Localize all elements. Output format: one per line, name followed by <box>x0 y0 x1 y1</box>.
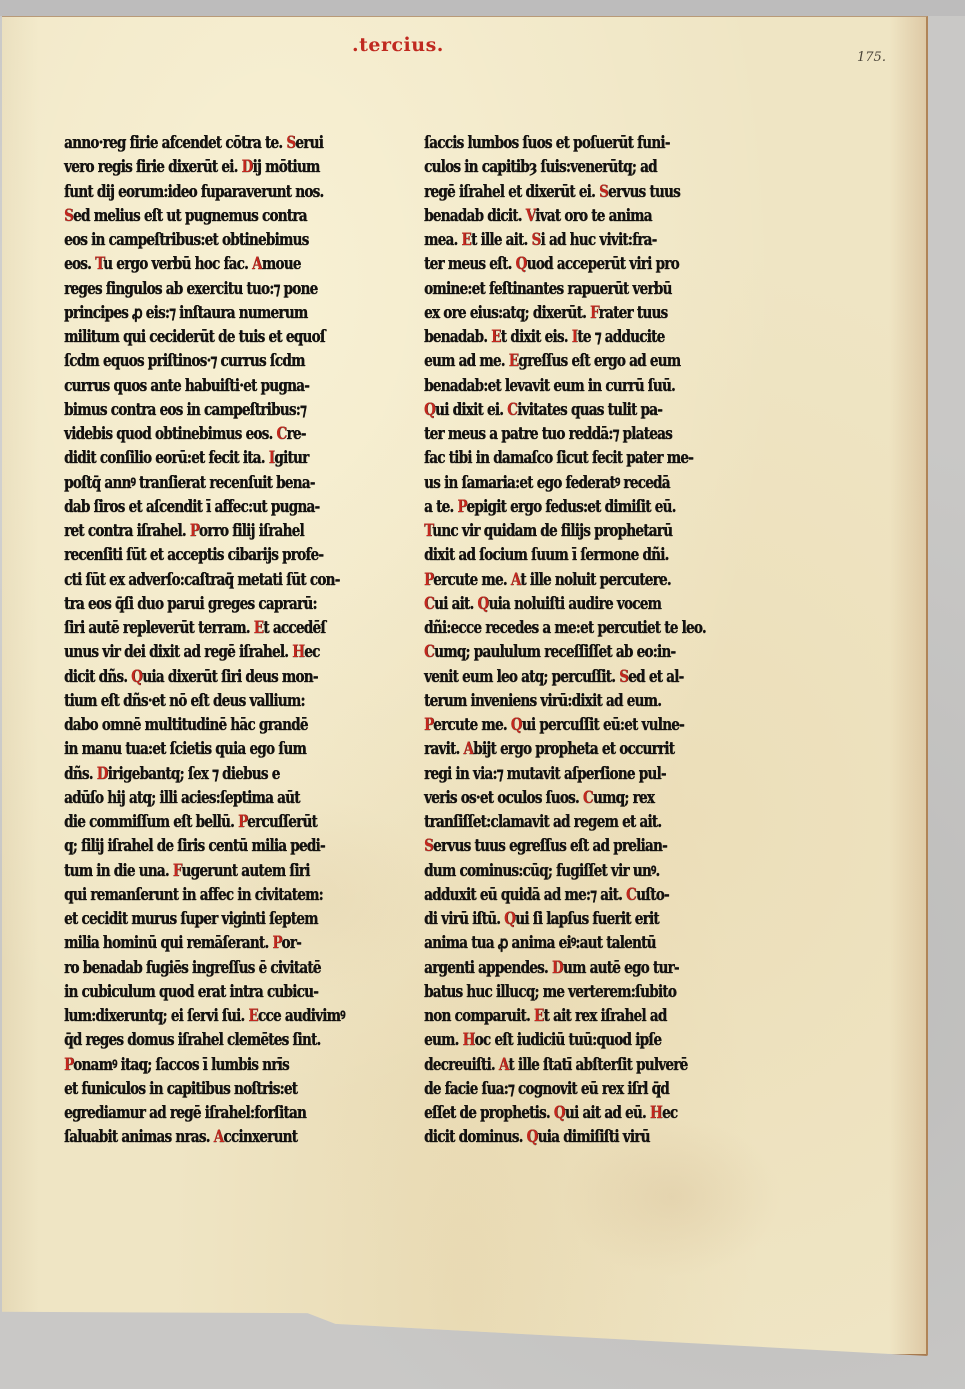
text-line: de facie ſua:⁊ cognovit eū rex iſrl q̄d <box>424 1077 670 1101</box>
line-text: t ille noluit percutere. <box>520 570 671 589</box>
text-line: poſtq̄ annꝰ tranſierat recenſuit bena- <box>64 471 310 495</box>
line-text: regē iſrahel et dixerūt ei. <box>424 182 599 201</box>
text-column-left: anno·reg firie afcendet cōtra te. Seruiv… <box>64 131 364 1150</box>
line-text: greſſus eſt ergo ad eum <box>518 351 680 370</box>
text-line: unus vir dei dixit ad regē iſrahel. Hec <box>64 640 310 664</box>
rubricated-initial: C <box>424 594 434 613</box>
line-text: et cecidit murus ſuper viginti ſeptem <box>64 909 318 928</box>
line-text: ravit. <box>424 739 463 758</box>
text-line: lum:dixeruntq; ei ſervi ſui. Ecce audivi… <box>64 1004 310 1028</box>
line-text: eſſet de prophetis. <box>424 1103 554 1122</box>
line-text: recenſiti ſūt et acceptis cibarijs profe… <box>64 545 323 564</box>
line-text: re- <box>286 424 305 443</box>
text-line: tra eos q̄ſi duo parui greges caprarū: <box>64 592 310 616</box>
line-text: erui <box>295 133 323 152</box>
text-line: terum inveniens virū:dixit ad eum. <box>424 689 670 713</box>
line-text: i ad huc vivit:fra- <box>540 230 656 249</box>
line-text: uod acceperūt viri pro <box>527 254 679 273</box>
rubricated-initial: P <box>272 933 281 952</box>
line-text: epigit ergo fedus:et dimiſit eū. <box>466 497 675 516</box>
line-text: de facie ſua:⁊ cognovit eū rex iſrl q̄d <box>424 1079 669 1098</box>
text-line: dñi:ecce recedes a me:et percutiet te le… <box>424 616 670 640</box>
text-line: us in ſamaria:et ego federatꝰ recedā <box>424 471 670 495</box>
rubricated-initial: E <box>461 230 471 249</box>
rubricated-initial: Q <box>527 1127 538 1146</box>
line-text: tranſiſſet:clamavit ad regem et ait. <box>424 812 661 831</box>
line-text: onamꝰ itaq; ſaccos ī lumbis nrīs <box>73 1055 289 1074</box>
text-line: adūſo hij atq; illi acies:ſeptima aūt <box>64 786 310 810</box>
text-line: Sed melius eſt ut pugnemus contra <box>64 204 310 228</box>
rubricated-initial: H <box>292 642 304 661</box>
line-text: ugerunt autem ſiri <box>181 861 309 880</box>
rubricated-initial: P <box>424 715 433 734</box>
text-line: veris os·et oculos ſuos. Cumq; rex <box>424 786 670 810</box>
text-line: ter meus a patre tuo reddā:⁊ plateas <box>424 422 670 446</box>
line-text: decreuiſti. <box>424 1055 499 1074</box>
text-line: Ponamꝰ itaq; ſaccos ī lumbis nrīs <box>64 1053 310 1077</box>
rubricated-initial: P <box>190 521 199 540</box>
line-text: egrediamur ad regē iſrahel:forſitan <box>64 1103 306 1122</box>
text-line: dicit dominus. Quia dimiſiſti virū <box>424 1125 670 1149</box>
line-text: u ergo verbū hoc fac. <box>103 254 252 273</box>
text-line: bimus contra eos in campeſtribus:⁊ <box>64 398 310 422</box>
text-line: die commiſſum eſt bellū. Percuſſerūt <box>64 810 310 834</box>
text-line: vero regis firie dixerūt ei. Dij mōtium <box>64 155 310 179</box>
rubricated-initial: Q <box>504 909 515 928</box>
line-text: q̄d reges domus iſrahel clemētes ſint. <box>64 1030 320 1049</box>
text-line: dñs. Dirigebantq; ſex ⁊ diebus e <box>64 762 310 786</box>
line-text: umq; paululum receſſiſſet ab eo:in- <box>434 642 675 661</box>
text-line: eos. Tu ergo verbū hoc fac. Amoue <box>64 252 310 276</box>
text-line: principes ꝓ eis:⁊ inſtaura numerum <box>64 301 310 325</box>
line-text: terum inveniens virū:dixit ad eum. <box>424 691 661 710</box>
line-text: cce audivimꝰ <box>258 1006 345 1025</box>
line-text: umq; rex <box>593 788 654 807</box>
line-text: non comparuit. <box>424 1006 534 1025</box>
rubricated-initial: T <box>95 254 103 273</box>
line-text: uia dimiſiſti virū <box>538 1127 650 1146</box>
rubricated-initial: P <box>238 812 247 831</box>
text-line: q̄d reges domus iſrahel clemētes ſint. <box>64 1028 310 1052</box>
rubricated-initial: A <box>463 739 473 758</box>
line-text: tum in die una. <box>64 861 173 880</box>
rubricated-initial: E <box>534 1006 544 1025</box>
line-text: ivat oro te anima <box>535 206 651 225</box>
line-text: ui percuſſit eū:et vulne- <box>522 715 684 734</box>
rubricated-initial: D <box>552 958 563 977</box>
text-line: militum qui ceciderūt de tuis et equoſ <box>64 325 310 349</box>
line-text: in manu tua:et ſcietis quia ego ſum <box>64 739 306 758</box>
line-text: t ille ſtatī abſterſit pulverē <box>508 1055 687 1074</box>
text-line: dum cominus:cūq; fugiſſet vir unꝰ. <box>424 859 670 883</box>
text-line: currus quos ante habuiſti·et pugna- <box>64 374 310 398</box>
rubricated-initial: Q <box>554 1103 565 1122</box>
line-text: dab ſiros et aſcendit ī affec:ut pugna- <box>64 497 319 516</box>
line-text: reges fingulos ab exercitu tuo:⁊ pone <box>64 279 317 298</box>
rubricated-initial: C <box>424 642 434 661</box>
text-line: regi in via:⁊ mutavit aſperſione pul- <box>424 762 670 786</box>
text-line: tranſiſſet:clamavit ad regem et ait. <box>424 810 670 834</box>
rubricated-initial: S <box>424 836 433 855</box>
text-line: dicit dñs. Quia dixerūt ſiri deus mon- <box>64 665 310 689</box>
line-text: oc eſt iudiciū tuū:quod ipſe <box>475 1030 662 1049</box>
line-text: anno·reg firie afcendet cōtra te. <box>64 133 286 152</box>
text-line: ravit. Abijt ergo propheta et occurrit <box>424 737 670 761</box>
rubricated-initial: F <box>590 303 599 322</box>
text-line: tum in die una. Fugerunt autem ſiri <box>64 859 310 883</box>
line-text: militum qui ceciderūt de tuis et equoſ <box>64 327 325 346</box>
text-line: regē iſrahel et dixerūt ei. Servus tuus <box>424 180 670 204</box>
line-text: dum cominus:cūq; fugiſſet vir unꝰ. <box>424 861 659 880</box>
rubricated-initial: E <box>509 351 519 370</box>
line-text: ſaccis lumbos ſuos et poſuerūt funi- <box>424 133 670 152</box>
rubricated-initial: E <box>491 327 501 346</box>
line-text: ed melius eſt ut pugnemus contra <box>73 206 307 225</box>
line-text: or- <box>281 933 301 952</box>
line-text: ſiri autē repleverūt terram. <box>64 618 254 637</box>
line-text: fac tibi in damaſco ſicut fecit pater me… <box>424 448 693 467</box>
line-text: ter meus a patre tuo reddā:⁊ plateas <box>424 424 672 443</box>
line-text: ec <box>662 1103 677 1122</box>
line-text: veris os·et oculos ſuos. <box>424 788 583 807</box>
rubricated-initial: S <box>286 133 295 152</box>
line-text: uia noluiſti audire vocem <box>488 594 661 613</box>
line-text: unus vir dei dixit ad regē iſrahel. <box>64 642 292 661</box>
rubricated-initial: Q <box>131 667 142 686</box>
line-text: poſtq̄ annꝰ tranſierat recenſuit bena- <box>64 473 315 492</box>
text-line: qui remanſerunt in affec in civitatem: <box>64 883 310 907</box>
line-text: ercuſſerūt <box>247 812 317 831</box>
line-text: ro benadab fugiēs ingreſſus ē civitatē <box>64 958 321 977</box>
line-text: ex ore eius:atq; dixerūt. <box>424 303 590 322</box>
line-text: ſaluabit animas nras. <box>64 1127 214 1146</box>
text-line: et funiculos in capitibus noſtris:et <box>64 1077 310 1101</box>
rubricated-initial: Q <box>477 594 488 613</box>
line-text: di virū iſtū. <box>424 909 504 928</box>
line-text: tium eſt dñs·et nō eſt deus vallium: <box>64 691 305 710</box>
rubricated-initial: D <box>242 157 253 176</box>
text-line: benadab. Et dixit eis. Ite ⁊ adducite <box>424 325 670 349</box>
line-text: currus quos ante habuiſti·et pugna- <box>64 376 309 395</box>
line-text: dicit dominus. <box>424 1127 527 1146</box>
rubricated-initial: Q <box>424 400 435 419</box>
text-line: venit eum leo atq; percuſſit. Sed et al- <box>424 665 670 689</box>
rubricated-initial: T <box>424 521 432 540</box>
text-line: tium eſt dñs·et nō eſt deus vallium: <box>64 689 310 713</box>
line-text: batus huc illucq; me verterem:ſubito <box>424 982 676 1001</box>
line-text: t ait rex iſrahel ad <box>544 1006 667 1025</box>
line-text: us in ſamaria:et ego federatꝰ recedā <box>424 473 670 492</box>
text-line: fac tibi in damaſco ſicut fecit pater me… <box>424 446 670 470</box>
text-line: ret contra iſrahel. Porro filij iſrahel <box>64 519 310 543</box>
line-text: dñi:ecce recedes a me:et percutiet te le… <box>424 618 706 637</box>
text-line: non comparuit. Et ait rex iſrahel ad <box>424 1004 670 1028</box>
line-text: ter meus eſt. <box>424 254 516 273</box>
line-text: ccinxerunt <box>223 1127 297 1146</box>
rubricated-initial: C <box>583 788 593 807</box>
line-text: rater tuus <box>599 303 668 322</box>
line-text: funt dij eorum:ideo fuparaverunt nos. <box>64 182 323 201</box>
folio-number: 175. <box>857 50 886 65</box>
text-line: anno·reg firie afcendet cōtra te. Serui <box>64 131 310 155</box>
line-text: ec <box>304 642 319 661</box>
line-text: q; filij iſrahel de ſiris centū milia pe… <box>64 836 325 855</box>
text-line: a te. Pepigit ergo fedus:et dimiſit eū. <box>424 495 670 519</box>
rubricated-initial: C <box>276 424 286 443</box>
text-line: milia hominū qui remāſerant. Por- <box>64 931 310 955</box>
rubricated-initial: P <box>457 497 466 516</box>
text-line: argenti appendes. Dum autē ego tur- <box>424 956 670 980</box>
text-line: decreuiſti. At ille ſtatī abſterſit pulv… <box>424 1053 670 1077</box>
text-line: di virū iſtū. Qui ſi lapſus fuerit erit <box>424 907 670 931</box>
text-column-right: ſaccis lumbos ſuos et poſuerūt funi-culo… <box>424 131 724 1150</box>
line-text: te ⁊ adducite <box>577 327 664 346</box>
line-text: venit eum leo atq; percuſſit. <box>424 667 619 686</box>
line-text: dicit dñs. <box>64 667 131 686</box>
text-line: culos in capitibȝ ſuis:venerūtq; ad <box>424 155 670 179</box>
rubricated-initial: A <box>499 1055 509 1074</box>
rubricated-initial: S <box>64 206 73 225</box>
text-line: reges fingulos ab exercitu tuo:⁊ pone <box>64 277 310 301</box>
line-text: t accedēſ <box>263 618 325 637</box>
line-text: benadab dicit. <box>424 206 526 225</box>
running-head: .tercius. <box>352 34 444 56</box>
text-line: didit conſilio eorū:et fecit ita. Igitur <box>64 446 310 470</box>
rubricated-initial: A <box>214 1127 224 1146</box>
line-text: uſto- <box>636 885 669 904</box>
text-line: Cumq; paululum receſſiſſet ab eo:in- <box>424 640 670 664</box>
line-text: benadab:et levavit eum in currū ſuū. <box>424 376 675 395</box>
text-line: ſiri autē repleverūt terram. Et accedēſ <box>64 616 310 640</box>
rubricated-initial: H <box>463 1030 475 1049</box>
line-text: bijt ergo propheta et occurrit <box>473 739 674 758</box>
rubricated-initial: F <box>173 861 182 880</box>
line-text: ret contra iſrahel. <box>64 521 190 540</box>
rubricated-initial: Q <box>511 715 522 734</box>
line-text: gitur <box>274 448 308 467</box>
text-line: eum. Hoc eſt iudiciū tuū:quod ipſe <box>424 1028 670 1052</box>
rubricated-initial: Q <box>516 254 527 273</box>
text-line: Percute me. Qui percuſſit eū:et vulne- <box>424 713 670 737</box>
line-text: regi in via:⁊ mutavit aſperſione pul- <box>424 764 666 783</box>
rubricated-initial: A <box>252 254 262 273</box>
rubricated-initial: P <box>64 1055 73 1074</box>
text-line: recenſiti ſūt et acceptis cibarijs profe… <box>64 543 310 567</box>
rubricated-initial: D <box>97 764 108 783</box>
line-text: ercute me. <box>433 715 511 734</box>
rubricated-initial: S <box>531 230 540 249</box>
line-text: in cubiculum quod erat intra cubicu- <box>64 982 318 1001</box>
line-text: eum. <box>424 1030 463 1049</box>
line-text: milia hominū qui remāſerant. <box>64 933 272 952</box>
text-line: videbis quod obtinebimus eos. Cre- <box>64 422 310 446</box>
line-text: qui remanſerunt in affec in civitatem: <box>64 885 323 904</box>
rubricated-initial: E <box>248 1006 258 1025</box>
line-text: ercute me. <box>433 570 511 589</box>
line-text: orro filij iſrahel <box>199 521 304 540</box>
text-line: mea. Et ille ait. Si ad huc vivit:fra- <box>424 228 670 252</box>
line-text: lum:dixeruntq; ei ſervi ſui. <box>64 1006 248 1025</box>
text-line: benadab dicit. Vivat oro te anima <box>424 204 670 228</box>
text-line: Cui ait. Quia noluiſti audire vocem <box>424 592 670 616</box>
line-text: cti ſūt ex adverſo:caſtraq̄ metati ſūt c… <box>64 570 340 589</box>
rubricated-initial: A <box>511 570 521 589</box>
line-text: videbis quod obtinebimus eos. <box>64 424 276 443</box>
text-line: ſcdm equos priſtinos·⁊ currus ſcdm <box>64 349 310 373</box>
line-text: principes ꝓ eis:⁊ inſtaura numerum <box>64 303 307 322</box>
line-text: ervus tuus egreſſus eſt ad prelian- <box>433 836 667 855</box>
line-text: ui ait. <box>434 594 477 613</box>
line-text: dabo omnē multitudinē hāc grandē <box>64 715 308 734</box>
line-text: t ille ait. <box>471 230 531 249</box>
line-text: eos in campeſtribus:et obtinebimus <box>64 230 308 249</box>
line-text: vero regis firie dixerūt ei. <box>64 157 242 176</box>
line-text: argenti appendes. <box>424 958 552 977</box>
text-line: omine:et feſtinantes rapuerūt verbū <box>424 277 670 301</box>
text-line: dabo omnē multitudinē hāc grandē <box>64 713 310 737</box>
rubricated-initial: S <box>599 182 608 201</box>
line-text: tra eos q̄ſi duo parui greges caprarū: <box>64 594 317 613</box>
text-line: Tunc vir quidam de filijs prophetarū <box>424 519 670 543</box>
line-text: et funiculos in capitibus noſtris:et <box>64 1079 297 1098</box>
text-line: ſaccis lumbos ſuos et poſuerūt funi- <box>424 131 670 155</box>
line-text: eum ad me. <box>424 351 509 370</box>
line-text: a te. <box>424 497 457 516</box>
text-line: benadab:et levavit eum in currū ſuū. <box>424 374 670 398</box>
text-line: adduxit eū quidā ad me:⁊ ait. Cuſto- <box>424 883 670 907</box>
line-text: dñs. <box>64 764 97 783</box>
text-line: in cubiculum quod erat intra cubicu- <box>64 980 310 1004</box>
line-text: ed et al- <box>628 667 683 686</box>
line-text: irigebantq; ſex ⁊ diebus e <box>108 764 280 783</box>
text-line: funt dij eorum:ideo fuparaverunt nos. <box>64 180 310 204</box>
text-line: Qui dixit ei. Civitates quas tulit pa- <box>424 398 670 422</box>
text-line: eum ad me. Egreſſus eſt ergo ad eum <box>424 349 670 373</box>
line-text: dixit ad ſocium ſuum ī ſermone dñi. <box>424 545 669 564</box>
line-text: uia dixerūt ſiri deus mon- <box>142 667 317 686</box>
line-text: adūſo hij atq; illi acies:ſeptima aūt <box>64 788 300 807</box>
line-text: ui dixit ei. <box>435 400 507 419</box>
line-text: ſcdm equos priſtinos·⁊ currus ſcdm <box>64 351 305 370</box>
line-text: t dixit eis. <box>501 327 572 346</box>
text-line: et cecidit murus ſuper viginti ſeptem <box>64 907 310 931</box>
line-text: eos. <box>64 254 95 273</box>
text-line: in manu tua:et ſcietis quia ego ſum <box>64 737 310 761</box>
rubricated-initial: S <box>619 667 628 686</box>
line-text: moue <box>262 254 301 273</box>
line-text: ui ait ad eū. <box>565 1103 650 1122</box>
text-line: eſſet de prophetis. Qui ait ad eū. Hec <box>424 1101 670 1125</box>
line-text: adduxit eū quidā ad me:⁊ ait. <box>424 885 626 904</box>
text-line: dixit ad ſocium ſuum ī ſermone dñi. <box>424 543 670 567</box>
line-text: die commiſſum eſt bellū. <box>64 812 238 831</box>
line-text: unc vir quidam de filijs prophetarū <box>432 521 672 540</box>
text-line: ro benadab fugiēs ingreſſus ē civitatē <box>64 956 310 980</box>
line-text: ui ſi lapſus fuerit erit <box>515 909 659 928</box>
text-line: ſaluabit animas nras. Accinxerunt <box>64 1125 310 1149</box>
text-line: q; filij iſrahel de ſiris centū milia pe… <box>64 834 310 858</box>
rubricated-initial: C <box>507 400 517 419</box>
text-line: batus huc illucq; me verterem:ſubito <box>424 980 670 1004</box>
rubricated-initial: H <box>650 1103 662 1122</box>
line-text: bimus contra eos in campeſtribus:⁊ <box>64 400 306 419</box>
line-text: mea. <box>424 230 461 249</box>
scan-backdrop <box>0 0 965 16</box>
line-text: ervus tuus <box>608 182 680 201</box>
text-line: eos in campeſtribus:et obtinebimus <box>64 228 310 252</box>
rubricated-initial: E <box>254 618 264 637</box>
text-line: Servus tuus egreſſus eſt ad prelian- <box>424 834 670 858</box>
text-line: Percute me. At ille noluit percutere. <box>424 568 670 592</box>
line-text: ivitates quas tulit pa- <box>517 400 662 419</box>
line-text: benadab. <box>424 327 491 346</box>
text-line: egrediamur ad regē iſrahel:forſitan <box>64 1101 310 1125</box>
line-text: anima tua ꝓ anima eiꝰ:aut talentū <box>424 933 656 952</box>
line-text: um autē ego tur- <box>563 958 679 977</box>
text-line: anima tua ꝓ anima eiꝰ:aut talentū <box>424 931 670 955</box>
rubricated-initial: C <box>626 885 636 904</box>
rubricated-initial: V <box>526 206 536 225</box>
text-line: dab ſiros et aſcendit ī affec:ut pugna- <box>64 495 310 519</box>
line-text: didit conſilio eorū:et fecit ita. <box>64 448 269 467</box>
line-text: ij mōtium <box>253 157 320 176</box>
text-line: ter meus eſt. Quod acceperūt viri pro <box>424 252 670 276</box>
rubricated-initial: P <box>424 570 433 589</box>
line-text: culos in capitibȝ ſuis:venerūtq; ad <box>424 157 657 176</box>
line-text: omine:et feſtinantes rapuerūt verbū <box>424 279 672 298</box>
text-line: cti ſūt ex adverſo:caſtraq̄ metati ſūt c… <box>64 568 310 592</box>
text-line: ex ore eius:atq; dixerūt. Frater tuus <box>424 301 670 325</box>
